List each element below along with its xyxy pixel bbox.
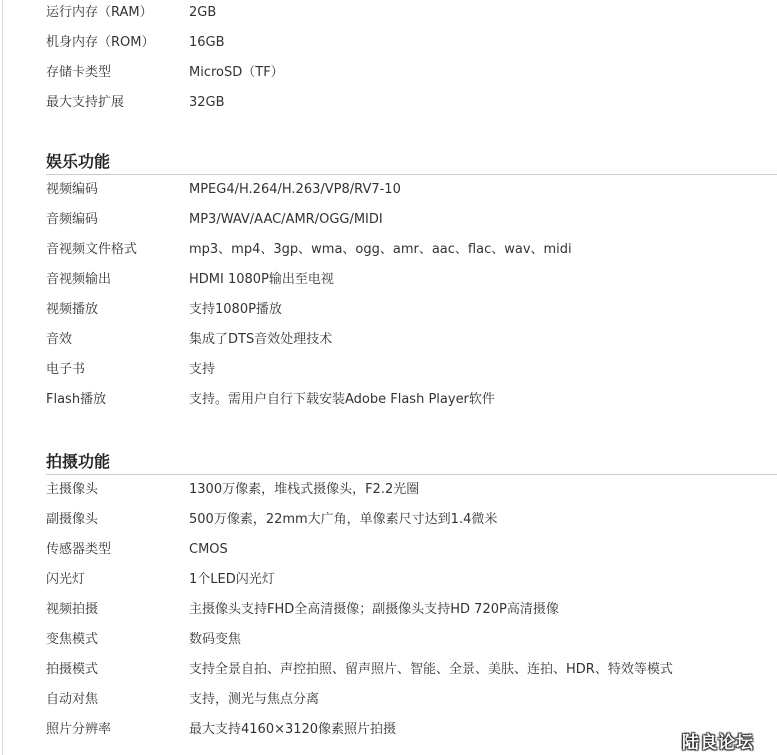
spec-label: 音频编码 [46, 205, 189, 235]
left-border [2, 0, 3, 755]
spec-value: 支持。需用户自行下载安装Adobe Flash Player软件 [189, 385, 495, 415]
spec-value: 支持全景自拍、声控拍照、留声照片、智能、全景、美肤、连拍、HDR、特效等模式 [189, 655, 673, 685]
spec-value: MicroSD（TF） [189, 58, 284, 88]
spec-value: 支持，测光与焦点分离 [189, 685, 319, 715]
spec-label: 拍摄模式 [46, 655, 189, 685]
spec-label: 视频播放 [46, 295, 189, 325]
spec-label: 照片分辨率 [46, 715, 189, 745]
spec-row: 视频拍摄主摄像头支持FHD全高清摄像；副摄像头支持HD 720P高清摄像 [46, 595, 777, 625]
camera-section: 拍摄功能 主摄像头1300万像素，堆栈式摄像头，F2.2光圈 副摄像头500万像… [46, 449, 777, 745]
spec-value: 支持 [189, 355, 215, 385]
entertainment-section: 娱乐功能 视频编码MPEG4/H.264/H.263/VP8/RV7-10 音频… [46, 149, 777, 415]
section-title: 拍摄功能 [46, 449, 777, 475]
spec-value: MPEG4/H.264/H.263/VP8/RV7-10 [189, 175, 401, 205]
spec-label: 机身内存（ROM） [46, 28, 189, 58]
spec-row: 存储卡类型MicroSD（TF） [46, 58, 777, 88]
spec-value: 32GB [189, 88, 225, 118]
spec-label: 电子书 [46, 355, 189, 385]
spec-row: 传感器类型CMOS [46, 535, 777, 565]
spec-row: 变焦模式数码变焦 [46, 625, 777, 655]
spec-row: 机身内存（ROM）16GB [46, 28, 777, 58]
spec-value: 主摄像头支持FHD全高清摄像；副摄像头支持HD 720P高清摄像 [189, 595, 559, 625]
spec-label: 音视频文件格式 [46, 235, 189, 265]
spec-label: Flash播放 [46, 385, 189, 415]
spec-row: 视频编码MPEG4/H.264/H.263/VP8/RV7-10 [46, 175, 777, 205]
spec-row: 照片分辨率最大支持4160×3120像素照片拍摄 [46, 715, 777, 745]
spec-value: 500万像素，22mm大广角，单像素尺寸达到1.4微米 [189, 505, 497, 535]
spec-row: 最大支持扩展32GB [46, 88, 777, 118]
spec-row: Flash播放支持。需用户自行下载安装Adobe Flash Player软件 [46, 385, 777, 415]
storage-section: 运行内存（RAM）2GB 机身内存（ROM）16GB 存储卡类型MicroSD（… [46, 0, 777, 118]
spec-label: 音效 [46, 325, 189, 355]
spec-value: 最大支持4160×3120像素照片拍摄 [189, 715, 396, 745]
spec-label: 音视频输出 [46, 265, 189, 295]
spec-row: 副摄像头500万像素，22mm大广角，单像素尺寸达到1.4微米 [46, 505, 777, 535]
spec-value: 1个LED闪光灯 [189, 565, 275, 595]
spec-label: 运行内存（RAM） [46, 0, 189, 28]
spec-value: mp3、mp4、3gp、wma、ogg、amr、aac、flac、wav、mid… [189, 235, 572, 265]
spec-label: 视频编码 [46, 175, 189, 205]
spec-row: 主摄像头1300万像素，堆栈式摄像头，F2.2光圈 [46, 475, 777, 505]
spec-label: 变焦模式 [46, 625, 189, 655]
spec-value: CMOS [189, 535, 228, 565]
spec-value: 集成了DTS音效处理技术 [189, 325, 332, 355]
spec-row: 音视频文件格式mp3、mp4、3gp、wma、ogg、amr、aac、flac、… [46, 235, 777, 265]
spec-row: 自动对焦支持，测光与焦点分离 [46, 685, 777, 715]
spec-value: 2GB [189, 0, 216, 28]
spec-label: 主摄像头 [46, 475, 189, 505]
spec-value: 16GB [189, 28, 225, 58]
spec-label: 副摄像头 [46, 505, 189, 535]
spec-label: 自动对焦 [46, 685, 189, 715]
spec-label: 视频拍摄 [46, 595, 189, 625]
spec-row: 音效集成了DTS音效处理技术 [46, 325, 777, 355]
watermark: 陆良论坛 [682, 728, 754, 753]
spec-row: 运行内存（RAM）2GB [46, 0, 777, 28]
spec-row: 电子书支持 [46, 355, 777, 385]
spec-value: 数码变焦 [189, 625, 241, 655]
spec-row: 拍摄模式支持全景自拍、声控拍照、留声照片、智能、全景、美肤、连拍、HDR、特效等… [46, 655, 777, 685]
spec-label: 传感器类型 [46, 535, 189, 565]
spec-label: 存储卡类型 [46, 58, 189, 88]
spec-value: 1300万像素，堆栈式摄像头，F2.2光圈 [189, 475, 419, 505]
spec-value: 支持1080P播放 [189, 295, 282, 325]
spec-row: 闪光灯1个LED闪光灯 [46, 565, 777, 595]
spec-label: 最大支持扩展 [46, 88, 189, 118]
spec-label: 闪光灯 [46, 565, 189, 595]
section-title: 娱乐功能 [46, 149, 777, 175]
spec-row: 视频播放支持1080P播放 [46, 295, 777, 325]
spec-value: MP3/WAV/AAC/AMR/OGG/MIDI [189, 205, 383, 235]
spec-value: HDMI 1080P输出至电视 [189, 265, 334, 295]
spec-row: 音视频输出HDMI 1080P输出至电视 [46, 265, 777, 295]
spec-row: 音频编码MP3/WAV/AAC/AMR/OGG/MIDI [46, 205, 777, 235]
